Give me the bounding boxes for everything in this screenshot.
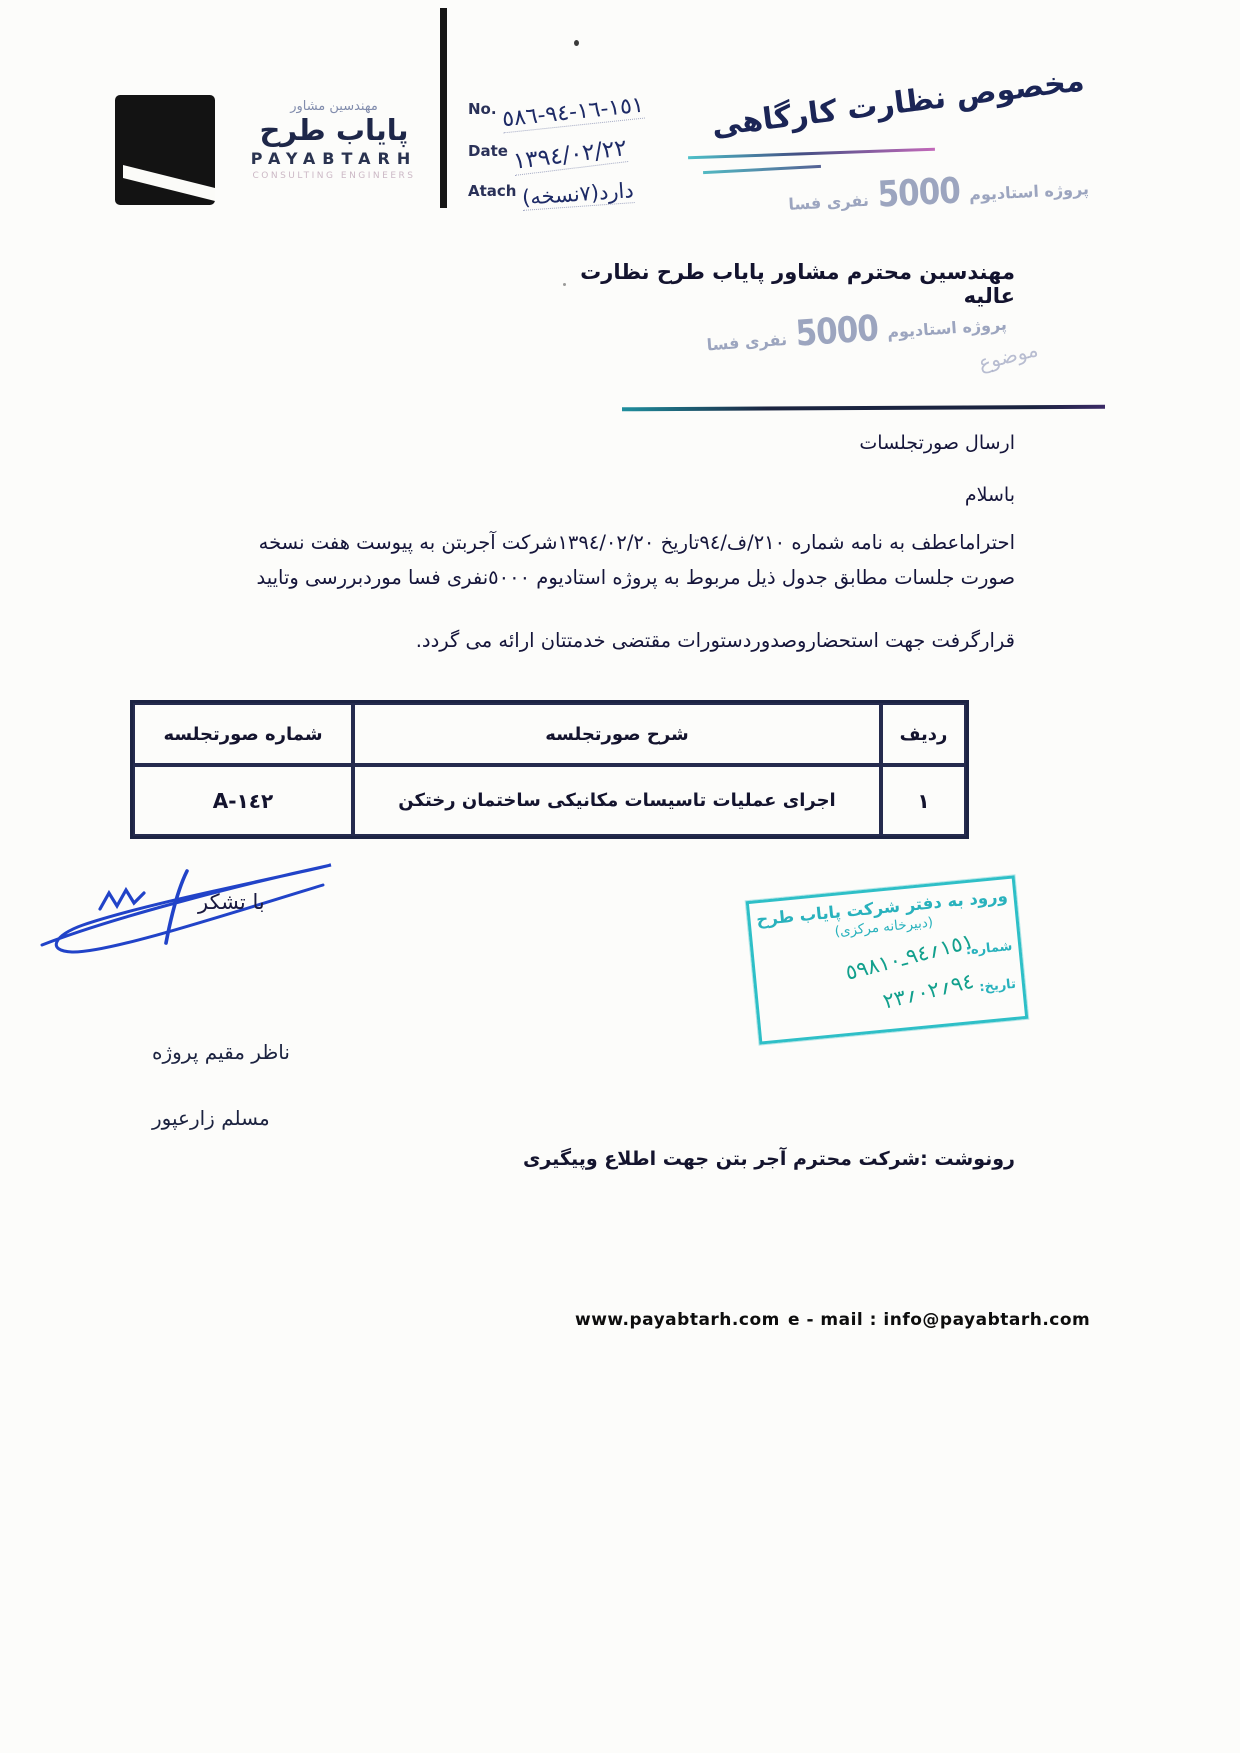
scan-artifact-dot bbox=[563, 283, 566, 286]
letterhead-divider bbox=[440, 8, 447, 208]
table-row-description: اجرای عملیات تاسیسات مکانیکی ساختمان رخت… bbox=[353, 765, 881, 836]
date-label: Date bbox=[468, 142, 508, 160]
salutation: باسلام bbox=[555, 484, 1015, 506]
entry-stamp-date-handwritten: ٩٤؍٠٢؍٢٣ bbox=[880, 969, 975, 1014]
project-stamp-top: پروژه استادیوم 5000 نفری فسا bbox=[787, 166, 1089, 218]
signer-title: ناظر مقیم پروژه bbox=[152, 1040, 290, 1064]
footer-email: e - mail : info@payabtarh.com bbox=[788, 1310, 1090, 1330]
scanned-letter-page: مهندسین مشاور پایاب طرح PAYABTARH CONSUL… bbox=[0, 0, 1240, 1753]
subject-line: ارسال صورتجلسات bbox=[555, 432, 1015, 454]
scan-artifact-dot bbox=[574, 40, 579, 46]
minutes-table: ردیف شرح صورتجلسه شماره صورتجلسه ١ اجرای… bbox=[130, 700, 969, 839]
body-line-2: صورت جلسات مطابق جدول ذیل مربوط به پروژه… bbox=[130, 566, 1015, 589]
entry-stamp-date-label: تاریخ: bbox=[979, 977, 1017, 995]
company-name-fa: پایاب طرح bbox=[226, 114, 442, 147]
note-underline bbox=[688, 148, 935, 160]
letter-number-field: No. ١٥١-١٦-٩٤-٥٨٦ bbox=[468, 100, 688, 134]
cc-line: رونوشت :شرکت محترم آجر بتن جهت اطلاع وپی… bbox=[520, 1148, 1015, 1170]
project-stamp-prefix: پروژه استادیوم bbox=[969, 179, 1090, 204]
project-stamp-suffix: نفری فسا bbox=[788, 191, 869, 214]
body-line-3: قرارگرفت جهت استحضاروصدوردستورات مقتضی خ… bbox=[130, 629, 1015, 652]
date-value-handwritten: ١٣٩٤/٠٢/٢٢ bbox=[512, 135, 629, 176]
note-underline-short bbox=[703, 165, 821, 174]
project-stamp-number: 5000 bbox=[790, 308, 883, 356]
project-stamp-prefix: پروژه استادیوم bbox=[887, 315, 1008, 342]
company-subtitle-fa: مهندسین مشاور bbox=[226, 99, 442, 114]
secretariat-entry-stamp: ورود به دفتر شرکت پایاب طرح (دبیرخانه مر… bbox=[746, 875, 1029, 1044]
project-stamp-suffix: نفری فسا bbox=[706, 330, 788, 355]
table-header-minutes-no: شماره صورتجلسه bbox=[133, 703, 353, 765]
letter-date-field: Date ١٣٩٤/٠٢/٢٢ bbox=[468, 142, 688, 176]
thanks-line: با تشکر bbox=[198, 890, 265, 914]
atach-value-handwritten: دارد(٧نسخه) bbox=[521, 178, 634, 211]
footer-website: www.payabtarh.com bbox=[575, 1310, 780, 1330]
header-rule-line bbox=[622, 405, 1105, 411]
atach-label: Atach bbox=[468, 182, 516, 200]
table-row-minutes-no: A-١٤٢ bbox=[133, 765, 353, 836]
project-stamp-middle: پروژه استادیوم 5000 نفری فسا bbox=[705, 302, 1008, 359]
letter-attachment-field: Atach دارد(٧نسخه) bbox=[468, 182, 688, 216]
company-subtitle-en: CONSULTING ENGINEERS bbox=[226, 171, 442, 181]
table-row-number: ١ bbox=[881, 765, 966, 836]
no-value-handwritten: ١٥١-١٦-٩٤-٥٨٦ bbox=[501, 93, 645, 134]
table-header-row-no: ردیف bbox=[881, 703, 966, 765]
recipient-line: مهندسین محترم مشاور پایاب طرح نظارت عالی… bbox=[555, 260, 1015, 308]
company-name-en: PAYABTARH bbox=[226, 149, 442, 168]
site-supervision-note-handwritten: مخصوص نظارت کارگاهی bbox=[687, 61, 1108, 147]
table-header-description: شرح صورتجلسه bbox=[353, 703, 881, 765]
no-label: No. bbox=[468, 100, 497, 118]
subject-scribble-handwritten: موضوع bbox=[976, 337, 1040, 375]
project-stamp-number: 5000 bbox=[873, 170, 965, 216]
body-line-1: احتراماعطف به نامه شماره ٢١٠/ف/٩٤تاریخ ١… bbox=[130, 531, 1015, 554]
signer-name: مسلم زارعپور bbox=[152, 1106, 270, 1130]
company-name-block: مهندسین مشاور پایاب طرح PAYABTARH CONSUL… bbox=[226, 99, 442, 181]
company-logo bbox=[115, 95, 215, 205]
signature-scribble bbox=[38, 845, 338, 974]
